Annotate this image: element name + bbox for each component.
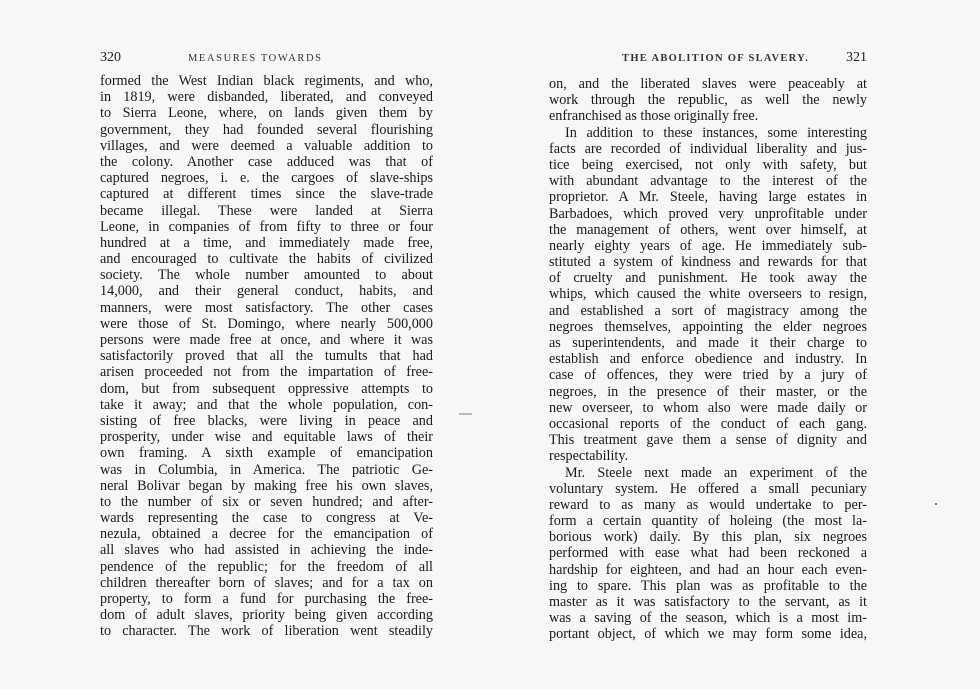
text-line: villages, and were deemed a valuable add… [100, 138, 433, 154]
text-line: prosperity, under wise and equitable law… [100, 429, 433, 445]
running-head-right: THE ABOLITION OF SLAVERY. 321 [549, 50, 867, 66]
text-line: stituted a system of kindness and reward… [549, 254, 867, 270]
text-line: on, and the liberated slaves were peacea… [549, 76, 867, 92]
text-line: children thereafter born of slaves; and … [100, 575, 433, 591]
text-line: the colony. Another case adduced was tha… [100, 154, 433, 170]
text-line: Leone, in companies of from fifty to thr… [100, 219, 433, 235]
page-number: 320 [100, 50, 121, 66]
text-line: with abundant advantage to the interest … [549, 173, 867, 189]
text-line: occasional reports of the conduct of eac… [549, 416, 867, 432]
text-line: own framing. A sixth example of emancipa… [100, 445, 433, 461]
text-line: was a saving of the season, which is a m… [549, 610, 867, 626]
text-line: establish and enforce obedience and indu… [549, 351, 867, 367]
paragraph-end-line: respectability. [549, 448, 867, 464]
running-head-left: 320 MEASURES TOWARDS [100, 50, 433, 66]
text-line: master as it was satisfactory to the ser… [549, 594, 867, 610]
text-line: whips, which caused the white overseers … [549, 286, 867, 302]
text-line: Barbadoes, which proved very unprofitabl… [549, 206, 867, 222]
text-line: facts are recorded of individual liberal… [549, 141, 867, 157]
text-line: as superintendents, and made it their ch… [549, 335, 867, 351]
text-line: became illegal. These were landed at Sie… [100, 203, 433, 219]
text-line: neral Bolivar began by making free his o… [100, 478, 433, 494]
text-line: formed the West Indian black regiments, … [100, 73, 433, 89]
text-line: tice being exercised, not only with safe… [549, 157, 867, 173]
text-line: This treatment gave them a sense of dign… [549, 432, 867, 448]
text-line: arisen proceeded not from the impartatio… [100, 364, 433, 380]
text-line: take it away; and that the whole populat… [100, 397, 433, 413]
text-line: hundred at a time, and immediately made … [100, 235, 433, 251]
running-title: THE ABOLITION OF SLAVERY. [622, 51, 809, 67]
text-line: negroes, in the presence of their master… [549, 384, 867, 400]
text-line: nearly eighty years of age. He immediate… [549, 238, 867, 254]
text-line: and established a sort of magistracy amo… [549, 303, 867, 319]
text-line: hardship for eighteen, and had an hour e… [549, 562, 867, 578]
text-line: pendence of the republic; for the freedo… [100, 559, 433, 575]
text-line: and encouraged to cultivate the habits o… [100, 251, 433, 267]
text-line: dom, but from subsequent oppressive atte… [100, 381, 433, 397]
text-line: government, they had founded several flo… [100, 122, 433, 138]
paragraph-start-line: In addition to these instances, some int… [549, 125, 867, 141]
text-line: 14,000, and their general conduct, habit… [100, 283, 433, 299]
text-line: of cruelty and punishment. He took away … [549, 270, 867, 286]
gutter-mark [459, 413, 472, 415]
left-page: 320 MEASURES TOWARDS formed the West Ind… [100, 0, 433, 689]
scan-speck [935, 503, 937, 505]
body-text-left: formed the West Indian black regiments, … [100, 73, 433, 640]
running-title: MEASURES TOWARDS [188, 51, 323, 67]
paragraph-end-line: enfranchised as those originally free. [549, 108, 867, 124]
text-line: were those of St. Domingo, where nearly … [100, 316, 433, 332]
text-line: manners, were most satisfactory. The oth… [100, 300, 433, 316]
text-line: all slaves who had assisted in achieving… [100, 542, 433, 558]
text-line: proprietor. A Mr. Steele, having large e… [549, 189, 867, 205]
text-line: in 1819, were disbanded, liberated, and … [100, 89, 433, 105]
page-number: 321 [846, 50, 867, 66]
text-line: negroes themselves, appointing the elder… [549, 319, 867, 335]
text-line: performed with ease what had been reckon… [549, 545, 867, 561]
text-line: wards representing the case to congress … [100, 510, 433, 526]
text-line: was in Columbia, in America. The patriot… [100, 462, 433, 478]
text-line: captured negroes, i. e. the cargoes of s… [100, 170, 433, 186]
text-line: property, to form a fund for purchasing … [100, 591, 433, 607]
text-line: new overseer, to whom also were made dai… [549, 400, 867, 416]
text-line: ing to spare. This plan was as profitabl… [549, 578, 867, 594]
text-line: work through the republic, as well the n… [549, 92, 867, 108]
text-line: nezula, obtained a decree for the emanci… [100, 526, 433, 542]
text-line: to the number of six or seven hundred; a… [100, 494, 433, 510]
text-line: case of offences, they were tried by a j… [549, 367, 867, 383]
text-line: captured at different times since the sl… [100, 186, 433, 202]
text-line: portant object, of which we may form som… [549, 626, 867, 642]
text-line: persons were made free at once, and wher… [100, 332, 433, 348]
text-line: the management of others, went over hims… [549, 222, 867, 238]
text-line: dom of adult slaves, priority being give… [100, 607, 433, 623]
text-line: voluntary system. He offered a small pec… [549, 481, 867, 497]
text-line: sisting of free blacks, were living in p… [100, 413, 433, 429]
text-line: to character. The work of liberation wen… [100, 623, 433, 639]
text-line: reward to as many as would undertake to … [549, 497, 867, 513]
paragraph-start-line: Mr. Steele next made an experiment of th… [549, 465, 867, 481]
text-line: form a certain quantity of holeing (the … [549, 513, 867, 529]
text-line: to Sierra Leone, where, on lands given t… [100, 105, 433, 121]
text-line: satisfactorily proved that all the tumul… [100, 348, 433, 364]
body-text-right: on, and the liberated slaves were peacea… [549, 76, 867, 643]
text-line: borious work) daily. By this plan, six n… [549, 529, 867, 545]
text-line: society. The whole number amounted to ab… [100, 267, 433, 283]
right-page: THE ABOLITION OF SLAVERY. 321 on, and th… [549, 0, 867, 689]
